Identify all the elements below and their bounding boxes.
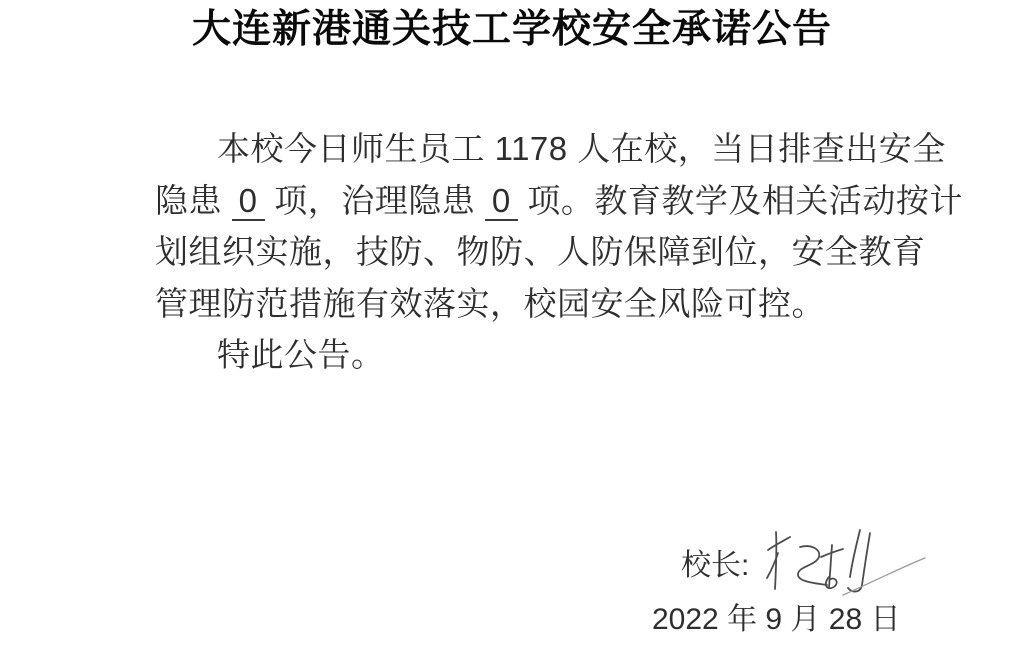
page-title: 大连新港通关技工学校安全承诺公告 [0, 6, 1024, 54]
principal-label: 校长: [681, 549, 749, 583]
body-line-3: 划组织实施，技防、物防、人防保障到位，安全教育 [155, 226, 900, 278]
announcement-page: 大连新港通关技工学校安全承诺公告 本校今日师生员工 1178 人在校，当日排查出… [0, 0, 1024, 646]
body-line-1: 本校今日师生员工 1178 人在校，当日排查出安全 [155, 123, 900, 175]
body-line-2-text-b: 项，治理隐患 [274, 182, 475, 219]
principal-signature-icon [750, 495, 950, 610]
announcement-body: 本校今日师生员工 1178 人在校，当日排查出安全 隐患 0 项，治理隐患 0 … [155, 123, 900, 381]
hazard-count-blank: 0 [232, 182, 265, 221]
body-line-2-text-c: 项。教育教学及相关活动按计 [527, 182, 963, 219]
body-line-2: 隐患 0 项，治理隐患 0 项。教育教学及相关活动按计 [155, 175, 900, 227]
date-line: 2022 年 9 月 28 日 [652, 603, 900, 637]
body-line-2-text-a: 隐患 [155, 182, 222, 219]
body-line-4: 管理防范措施有效落实，校园安全风险可控。 [155, 278, 900, 330]
treated-count-blank: 0 [485, 182, 518, 221]
body-line-5: 特此公告。 [155, 329, 900, 381]
